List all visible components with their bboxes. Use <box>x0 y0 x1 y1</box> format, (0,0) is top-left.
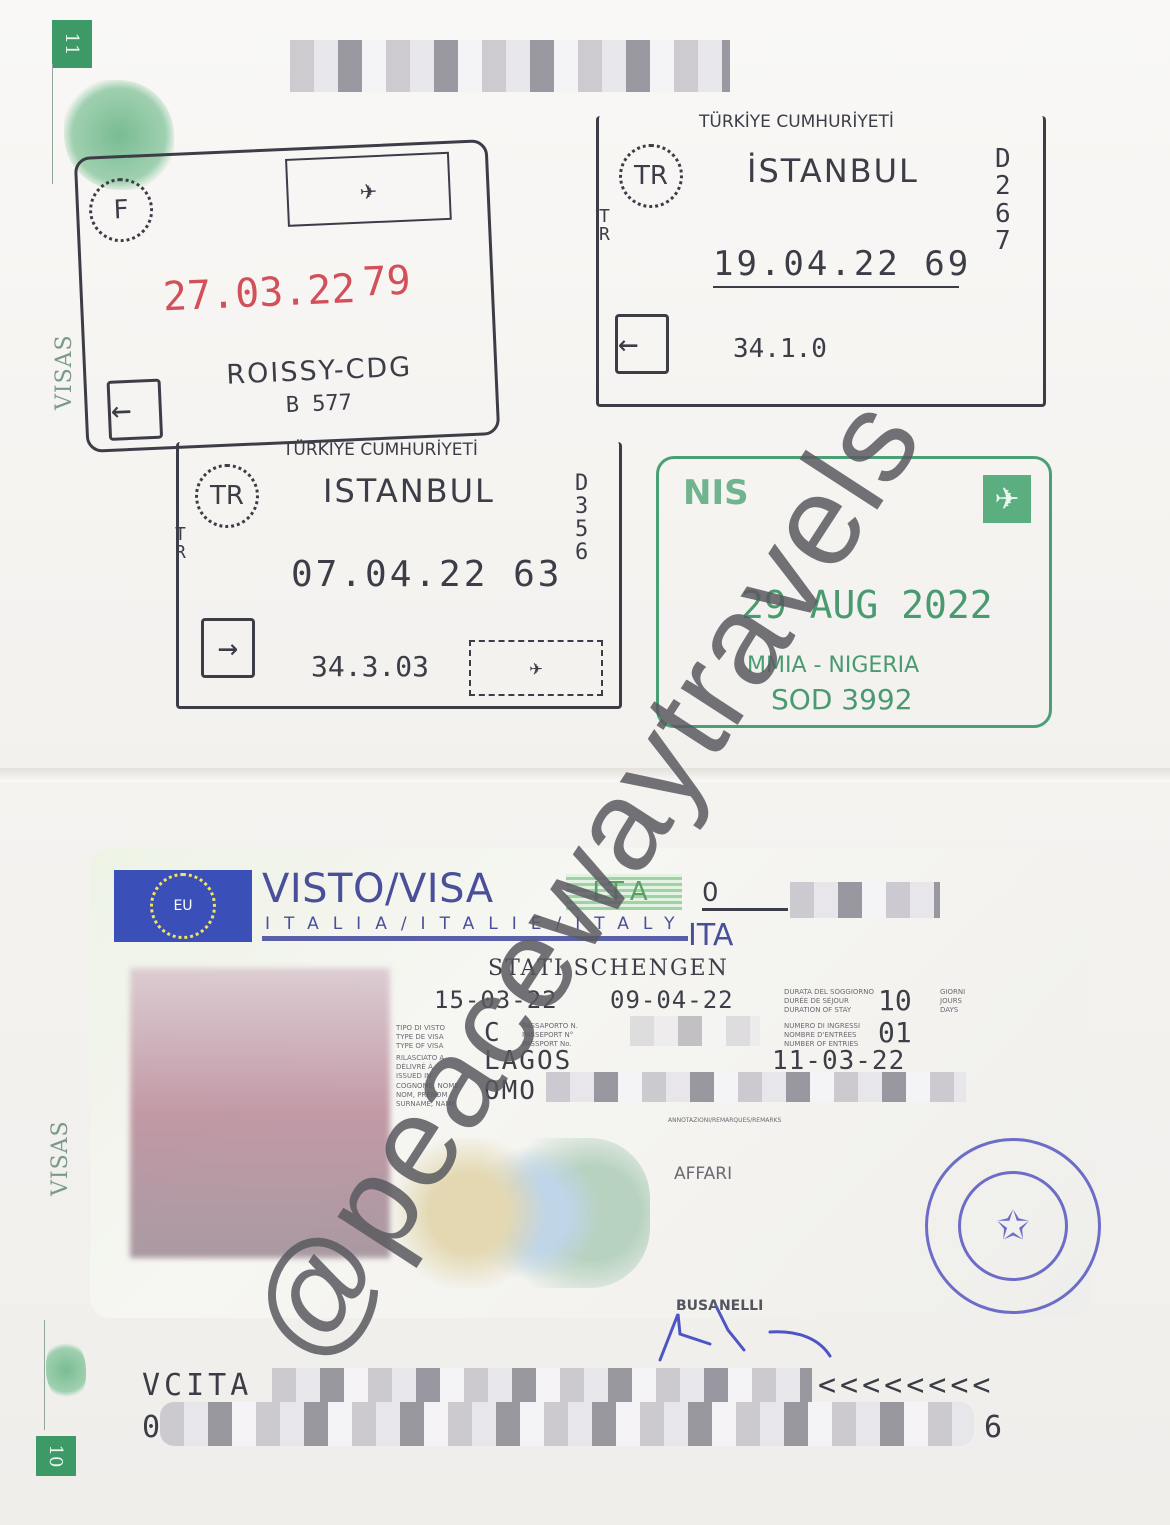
stamp-side-letters: TR <box>175 526 189 562</box>
stamp-code: 79 <box>361 258 411 306</box>
page-number-tab-top: 11 <box>52 20 92 68</box>
stamp-nigeria-arrival: NIS ✈ 29 AUG 2022 MMIA - NIGERIA SOD 399… <box>656 456 1052 728</box>
airplane-icon: ✈ <box>285 152 452 227</box>
serial-char: 6 <box>575 541 588 564</box>
stamp-post: B 577 <box>285 390 352 418</box>
stamp-france-exit: F ✈ 27.03.22 79 ROISSY-CDG B 577 ← <box>74 139 501 453</box>
stamp-turkey-entry: TÜRKİYE CUMHURİYETİ TR ISTANBUL TR 07.04… <box>176 442 622 709</box>
stamp-turkey-exit: TÜRKİYE CUMHURİYETİ TR İSTANBUL TR 19.04… <box>596 116 1046 407</box>
stamp-date: 29 AUG 2022 <box>741 583 993 627</box>
exit-arrow-icon: ← <box>615 314 669 374</box>
mrz-line-1-end: <<<<<<<< <box>818 1368 995 1403</box>
caption-type: TIPO DI VISTO TYPE DE VISA TYPE OF VISA <box>396 1024 445 1051</box>
issuer-code: ITA <box>688 918 733 953</box>
stamp-location: ROISSY-CDG <box>226 352 413 391</box>
visa-type: C <box>484 1018 500 1048</box>
holder-surname: OMO <box>484 1076 537 1106</box>
issuer-logo: ITA <box>566 874 682 910</box>
country-code: TR <box>634 161 668 191</box>
visas-label-bottom: VISAS <box>48 1120 73 1196</box>
holder-photo-redacted <box>130 968 390 1258</box>
schengen-visa-sticker: EU VISTO/VISA ITALIA/ITALIE/ITALY ITA 0 … <box>90 848 1090 1318</box>
mrz-line-1-start: VCITA <box>142 1368 252 1403</box>
officer-signature <box>620 1300 860 1370</box>
airplane-icon: ✈ <box>469 640 603 696</box>
visa-number: 0 <box>702 878 788 911</box>
mrz-line-2-end: 6 <box>984 1410 1006 1445</box>
caption-days: GIORNI JOURS DAYS <box>940 988 965 1015</box>
page-fold <box>0 768 1170 782</box>
stamp-code: 63 <box>513 554 562 595</box>
country-code-badge: F <box>88 177 155 244</box>
redacted-visa-number <box>790 882 940 918</box>
stamp-date: 19.04.22 <box>713 244 901 284</box>
redacted-mrz-1 <box>272 1368 812 1402</box>
eu-emblem-text: EU <box>173 898 192 914</box>
serial-char: 3 <box>575 495 588 518</box>
eu-flag-icon: EU <box>114 870 252 942</box>
margin-line <box>44 1320 45 1430</box>
stamp-serial: D 2 6 7 <box>995 146 1011 255</box>
serial-char: D <box>995 146 1011 173</box>
redacted-passport-number <box>630 1016 760 1046</box>
redacted-area <box>290 40 730 92</box>
country-code: TR <box>210 481 244 511</box>
stamp-serial: D 3 5 6 <box>575 472 588 564</box>
stamp-code: 69 <box>924 244 971 284</box>
valid-until: 09-04-22 <box>610 986 734 1014</box>
number-of-entries: 01 <box>878 1016 912 1049</box>
serial-char: 5 <box>575 518 588 541</box>
stamp-post: 34.1.0 <box>733 334 827 364</box>
visa-rule <box>262 936 688 941</box>
page-number: 11 <box>62 33 83 56</box>
country-code-badge: TR <box>619 144 683 208</box>
coat-of-arms-icon <box>46 1340 86 1400</box>
redacted-mrz-2 <box>160 1402 974 1446</box>
stamp-side-letters: TR <box>599 208 613 244</box>
valid-from: 15-03-22 <box>434 986 558 1014</box>
stamp-header: TÜRKİYE CUMHURİYETİ <box>699 112 894 132</box>
consulate-seal: ✩ <box>925 1138 1101 1314</box>
page-number-tab-bottom: 10 <box>36 1436 76 1476</box>
serial-char: 7 <box>995 228 1011 255</box>
stamp-date: 27.03.22 <box>162 266 356 320</box>
entry-arrow-icon: → <box>201 618 255 678</box>
stamp-location: İSTANBUL <box>747 152 919 190</box>
serial-char: D <box>575 472 588 495</box>
stamp-officer: SOD 3992 <box>771 683 913 716</box>
stamp-location: ISTANBUL <box>323 472 495 510</box>
margin-line <box>52 64 53 184</box>
duration-of-stay: 10 <box>878 984 912 1017</box>
visa-subtitle: ITALIA/ITALIE/ITALY <box>265 914 689 934</box>
stamp-header: TÜRKİYE CUMHURİYETİ <box>283 440 478 460</box>
redacted-holder-name <box>546 1072 966 1102</box>
country-code: F <box>113 195 129 226</box>
stamp-agency: NIS <box>683 473 749 513</box>
page-number: 10 <box>46 1445 67 1468</box>
stamp-date: 07.04.22 <box>291 554 488 595</box>
visas-label-top: VISAS <box>52 334 77 410</box>
caption-duration: DURATA DEL SOGGIORNO DURÉE DE SÉJOUR DUR… <box>784 988 874 1015</box>
visa-title: VISTO/VISA <box>262 866 494 912</box>
security-hologram <box>390 1138 650 1288</box>
remarks-label: ANNOTAZIONI/REMARQUES/REMARKS <box>668 1116 781 1125</box>
caption-name: COGNOME, NOME NOM, PRÉNOM SURNAME, NAME <box>396 1082 459 1109</box>
stamp-date-line: 07.04.22 63 <box>291 554 562 595</box>
stamp-date-line: 19.04.22 69 <box>713 244 959 288</box>
star-icon: ✩ <box>958 1171 1068 1281</box>
caption-entries: NUMERO DI INGRESSI NOMBRE D'ENTRÉES NUMB… <box>784 1022 860 1049</box>
airplane-icon: ✈ <box>983 475 1031 523</box>
caption-passport: PASSAPORTO N. PASSEPORT N° PASSPORT No. <box>522 1022 578 1049</box>
caption-issued-in: RILASCIATO A DÉLIVRÉ À ISSUED IN <box>396 1054 444 1081</box>
remarks: AFFARI <box>674 1164 732 1184</box>
valid-for: STATI SCHENGEN <box>488 956 729 981</box>
exit-arrow-icon: ← <box>107 379 164 441</box>
eu-stars: EU <box>150 873 216 939</box>
serial-char: 2 <box>995 173 1011 200</box>
country-code-badge: TR <box>195 464 259 528</box>
stamp-post: 34.3.03 <box>311 650 429 683</box>
stamp-location: MMIA - NIGERIA <box>747 653 919 678</box>
serial-char: 6 <box>995 201 1011 228</box>
